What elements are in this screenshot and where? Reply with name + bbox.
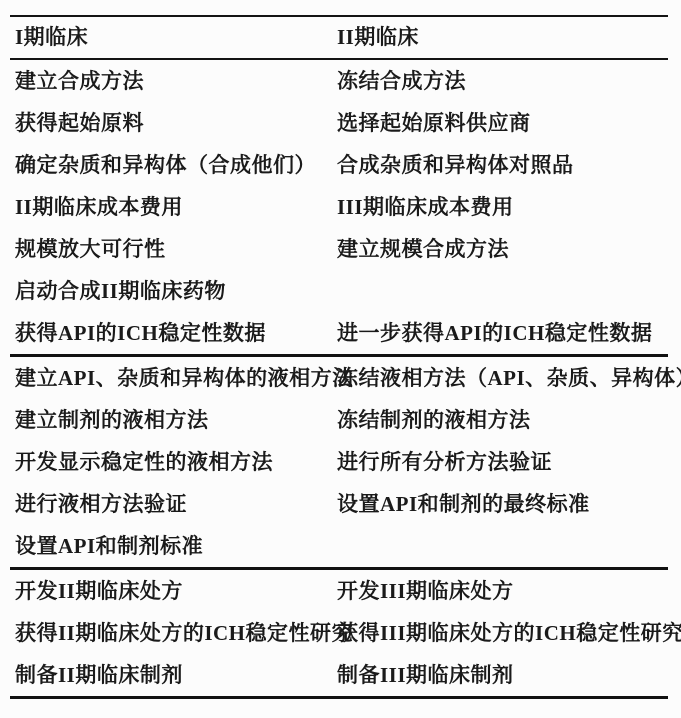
table-row: 建立制剂的液相方法 冻结制剂的液相方法 xyxy=(10,399,668,441)
table-cell: II期临床成本费用 xyxy=(10,197,337,218)
table-cell: 获得API的ICH稳定性数据 xyxy=(10,323,337,344)
table-header-row: I期临床 II期临床 xyxy=(10,17,668,60)
table-cell: 冻结制剂的液相方法 xyxy=(337,410,668,431)
table-cell: 开发II期临床处方 xyxy=(10,581,337,602)
column-header-phase1: I期临床 xyxy=(10,27,337,48)
table-cell: 进行液相方法验证 xyxy=(10,494,337,515)
table-row: 建立合成方法 冻结合成方法 xyxy=(10,60,668,102)
table-row: 获得API的ICH稳定性数据 进一步获得API的ICH稳定性数据 xyxy=(10,312,668,354)
column-header-phase2: II期临床 xyxy=(337,27,668,48)
table-row: 制备II期临床制剂 制备III期临床制剂 xyxy=(10,654,668,696)
table-cell: 建立制剂的液相方法 xyxy=(10,410,337,431)
table-section-synthesis: 建立合成方法 冻结合成方法 获得起始原料 选择起始原料供应商 确定杂质和异构体（… xyxy=(10,60,668,357)
table-cell: 开发显示稳定性的液相方法 xyxy=(10,452,337,473)
table-cell: 建立API、杂质和异构体的液相方法 xyxy=(10,368,337,389)
table-cell: 设置API和制剂标准 xyxy=(10,536,337,557)
table-cell: 合成杂质和异构体对照品 xyxy=(337,155,668,176)
document-page: I期临床 II期临床 建立合成方法 冻结合成方法 获得起始原料 选择起始原料供应… xyxy=(0,0,681,718)
table-cell: 建立规模合成方法 xyxy=(337,239,668,260)
table-cell: 进一步获得API的ICH稳定性数据 xyxy=(337,323,668,344)
table-cell: 建立合成方法 xyxy=(10,71,337,92)
table-cell: 规模放大可行性 xyxy=(10,239,337,260)
table-row: 进行液相方法验证 设置API和制剂的最终标准 xyxy=(10,483,668,525)
table-cell: 确定杂质和异构体（合成他们） xyxy=(10,155,337,176)
table-cell: 进行所有分析方法验证 xyxy=(337,452,668,473)
table-cell: III期临床成本费用 xyxy=(337,197,668,218)
table-cell: 获得II期临床处方的ICH稳定性研究 xyxy=(10,623,337,644)
table-section-formulation: 开发II期临床处方 开发III期临床处方 获得II期临床处方的ICH稳定性研究 … xyxy=(10,570,668,696)
table-cell: 设置API和制剂的最终标准 xyxy=(337,494,668,515)
table-row: 确定杂质和异构体（合成他们） 合成杂质和异构体对照品 xyxy=(10,144,668,186)
table-cell: 冻结合成方法 xyxy=(337,71,668,92)
table-row: 开发显示稳定性的液相方法 进行所有分析方法验证 xyxy=(10,441,668,483)
table-row: 获得起始原料 选择起始原料供应商 xyxy=(10,102,668,144)
table-row: 规模放大可行性 建立规模合成方法 xyxy=(10,228,668,270)
table-row: 建立API、杂质和异构体的液相方法 冻结液相方法（API、杂质、异构体） xyxy=(10,357,668,399)
table-section-analytical: 建立API、杂质和异构体的液相方法 冻结液相方法（API、杂质、异构体） 建立制… xyxy=(10,357,668,570)
table-cell: 获得起始原料 xyxy=(10,113,337,134)
table-cell: 开发III期临床处方 xyxy=(337,581,668,602)
table-row: II期临床成本费用 III期临床成本费用 xyxy=(10,186,668,228)
clinical-phase-table: I期临床 II期临床 建立合成方法 冻结合成方法 获得起始原料 选择起始原料供应… xyxy=(10,15,668,699)
table-cell: 选择起始原料供应商 xyxy=(337,113,668,134)
table-row: 启动合成II期临床药物 xyxy=(10,270,668,312)
table-cell: 冻结液相方法（API、杂质、异构体） xyxy=(337,368,681,389)
table-cell: 启动合成II期临床药物 xyxy=(10,281,337,302)
table-cell: 获得III期临床处方的ICH稳定性研究 xyxy=(337,623,681,644)
table-row: 获得II期临床处方的ICH稳定性研究 获得III期临床处方的ICH稳定性研究 xyxy=(10,612,668,654)
table-cell: 制备II期临床制剂 xyxy=(10,665,337,686)
table-cell: 制备III期临床制剂 xyxy=(337,665,668,686)
table-row: 设置API和制剂标准 xyxy=(10,525,668,567)
table-row: 开发II期临床处方 开发III期临床处方 xyxy=(10,570,668,612)
